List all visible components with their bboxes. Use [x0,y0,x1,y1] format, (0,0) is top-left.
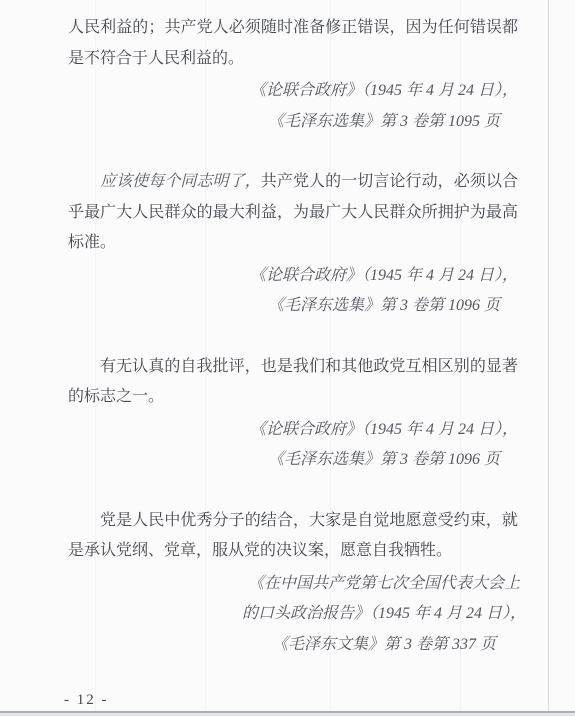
citation-line: 《毛泽东选集》第 3 卷第 1096 页 [208,291,560,322]
quotes-container: 人民利益的；共产党人必须随时准备修正错误，因为任何错误都是不符合于人民利益的。《… [68,13,518,660]
page-number: - 12 - [64,692,109,709]
quote-text: 党是人民中优秀分子的结合，大家是自觉地愿意受约束，就是承认党纲、党章，服从党的决… [68,506,518,567]
scan-bottom-edge [0,711,575,713]
citation-line: 《毛泽东选集》第 3 卷第 1096 页 [208,445,560,476]
quote-text: 有无认真的自我批评，也是我们和其他政党互相区别的显著的标志之一。 [68,352,518,413]
citation-line: 《论联合政府》（1945 年 4 月 24 日）， [208,415,560,446]
page-content: 人民利益的；共产党人必须随时准备修正错误，因为任何错误都是不符合于人民利益的。《… [68,13,518,660]
quote-text: 应该使每个同志明了，共产党人的一切言论行动，必须以合乎最广大人民群众的最大利益，… [68,167,518,259]
citation-line: 《论联合政府》（1945 年 4 月 24 日）， [208,76,560,107]
quote-block: 应该使每个同志明了，共产党人的一切言论行动，必须以合乎最广大人民群众的最大利益，… [68,167,518,322]
citation-line: 《在中国共产党第七次全国代表大会上 [208,569,560,600]
citation-line: 《论联合政府》（1945 年 4 月 24 日）， [208,261,560,292]
citation-line: 《毛泽东选集》第 3 卷第 1095 页 [208,107,560,138]
quote-citation: 《论联合政府》（1945 年 4 月 24 日），《毛泽东选集》第 3 卷第 1… [208,76,560,137]
quote-block: 党是人民中优秀分子的结合，大家是自觉地愿意受约束，就是承认党纲、党章，服从党的决… [68,506,518,661]
quote-citation: 《在中国共产党第七次全国代表大会上的口头政治报告》（1945 年 4 月 24 … [208,569,560,661]
quote-lead-phrase: 应该使每个同志明了， [100,173,261,190]
quote-citation: 《论联合政府》（1945 年 4 月 24 日），《毛泽东选集》第 3 卷第 1… [208,415,560,476]
quote-citation: 《论联合政府》（1945 年 4 月 24 日），《毛泽东选集》第 3 卷第 1… [208,261,560,322]
citation-line: 《毛泽东文集》第 3 卷第 337 页 [208,630,560,661]
quote-text: 人民利益的；共产党人必须随时准备修正错误，因为任何错误都是不符合于人民利益的。 [68,13,518,74]
scanned-document-page: 人民利益的；共产党人必须随时准备修正错误，因为任何错误都是不符合于人民利益的。《… [0,0,575,716]
quote-block: 人民利益的；共产党人必须随时准备修正错误，因为任何错误都是不符合于人民利益的。《… [68,13,518,137]
citation-line: 的口头政治报告》（1945 年 4 月 24 日）， [208,599,560,630]
quote-block: 有无认真的自我批评，也是我们和其他政党互相区别的显著的标志之一。《论联合政府》（… [68,352,518,476]
